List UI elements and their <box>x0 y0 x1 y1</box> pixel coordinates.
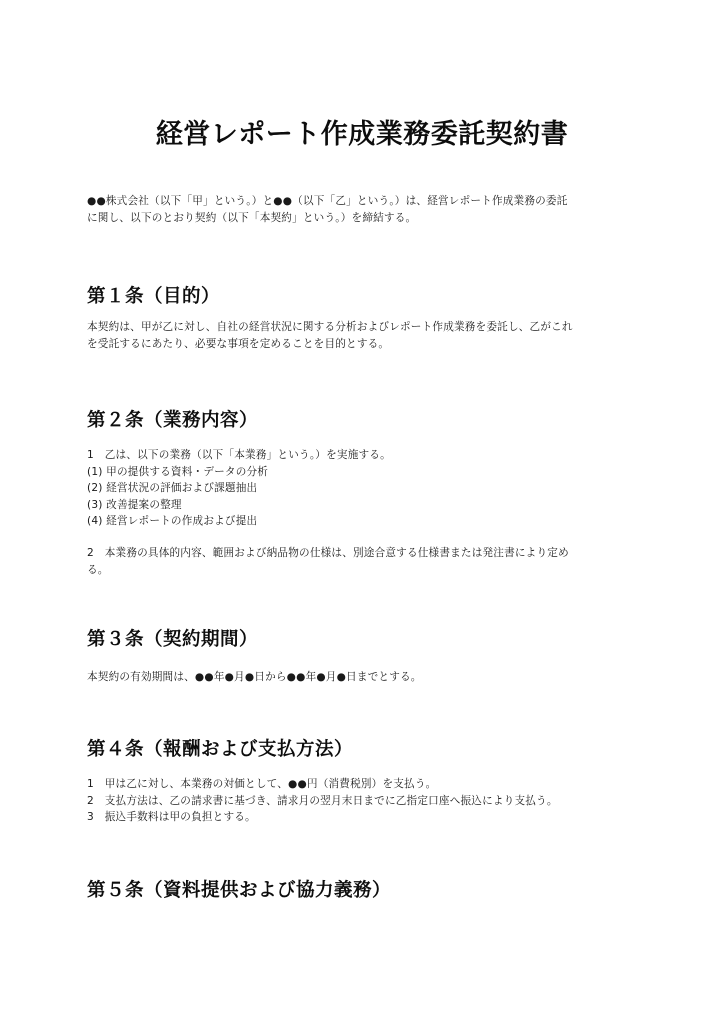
article-2-line: 2 本業務の具体的内容、範囲および納品物の仕様は、別途合意する仕様書または発注書… <box>87 545 647 562</box>
article-2-item: (4) 経営レポートの作成および提出 <box>87 513 647 530</box>
article-3-line: 本契約の有効期間は、●●年●月●日から●●年●月●日までとする。 <box>87 669 647 686</box>
article-2-item: (1) 甲の提供する資料・データの分析 <box>87 464 647 481</box>
preamble-line: ●●株式会社（以下「甲」という。）と●●（以下「乙」という。）は、経営レポート作… <box>87 193 647 210</box>
article-2-line: る。 <box>87 562 647 579</box>
article-1-line: 本契約は、甲が乙に対し、自社の経営状況に関する分析およびレポート作成業務を委託し… <box>87 319 647 336</box>
article-4-line: 2 支払方法は、乙の請求書に基づき、請求月の翌月末日までに乙指定口座へ振込により… <box>87 793 647 810</box>
article-3-body: 本契約の有効期間は、●●年●月●日から●●年●月●日までとする。 <box>87 669 647 686</box>
preamble-line: に関し、以下のとおり契約（以下「本契約」という。）を締結する。 <box>87 210 647 227</box>
article-4-heading: 第４条（報酬および支払方法） <box>87 737 353 763</box>
article-3-heading: 第３条（契約期間） <box>87 627 258 653</box>
document-page: 経営レポート作成業務委託契約書 ●●株式会社（以下「甲」という。）と●●（以下「… <box>0 0 724 1024</box>
article-1-body: 本契約は、甲が乙に対し、自社の経営状況に関する分析およびレポート作成業務を委託し… <box>87 319 647 352</box>
article-4-line: 1 甲は乙に対し、本業務の対価として、●●円（消費税別）を支払う。 <box>87 776 647 793</box>
preamble: ●●株式会社（以下「甲」という。）と●●（以下「乙」という。）は、経営レポート作… <box>87 193 647 226</box>
article-2-line: 1 乙は、以下の業務（以下「本業務」という。）を実施する。 <box>87 447 647 464</box>
article-2-clause-1: 1 乙は、以下の業務（以下「本業務」という。）を実施する。 (1) 甲の提供する… <box>87 447 647 530</box>
article-2-heading: 第２条（業務内容） <box>87 408 258 434</box>
document-title: 経営レポート作成業務委託契約書 <box>0 116 724 154</box>
article-1-line: を受託するにあたり、必要な事項を定めることを目的とする。 <box>87 336 647 353</box>
article-2-item: (3) 改善提案の整理 <box>87 497 647 514</box>
article-2-clause-2: 2 本業務の具体的内容、範囲および納品物の仕様は、別途合意する仕様書または発注書… <box>87 545 647 578</box>
article-4-body: 1 甲は乙に対し、本業務の対価として、●●円（消費税別）を支払う。 2 支払方法… <box>87 776 647 826</box>
article-1-heading: 第１条（目的） <box>87 284 220 310</box>
article-5-heading: 第５条（資料提供および協力義務） <box>87 878 391 904</box>
article-4-line: 3 振込手数料は甲の負担とする。 <box>87 809 647 826</box>
article-2-item: (2) 経営状況の評価および課題抽出 <box>87 480 647 497</box>
